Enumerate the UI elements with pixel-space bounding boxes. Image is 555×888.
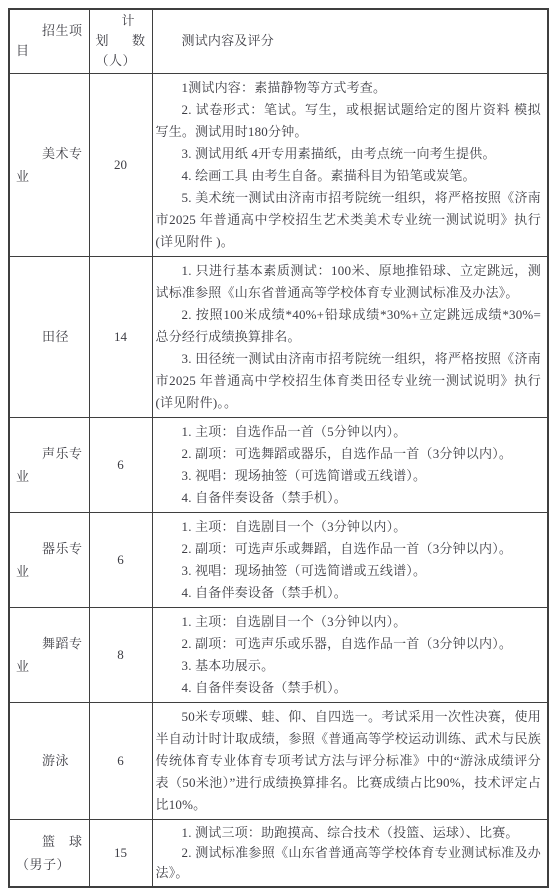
plan-count-cell: 20 xyxy=(89,73,152,256)
item-cell: 游泳 xyxy=(9,702,89,819)
test-content-paragraph: 2. 按照100米成绩*40%+铅球成绩*30%+立定跳远成绩*30%=总分经行… xyxy=(156,304,542,348)
plan-count-cell: 15 xyxy=(89,819,152,887)
item-label: 舞蹈专业 xyxy=(16,632,83,678)
test-content-paragraph: 2. 副项：可选舞蹈或器乐，自选作品一首（3分钟以内）。 xyxy=(156,443,542,465)
test-content-paragraph: 3. 视唱：现场抽签（可选简谱或五线谱）。 xyxy=(156,560,542,582)
table-row-vocal-music: 声乐专业 6 1. 主项：自选作品一首（5分钟以内）。 2. 副项：可选舞蹈或器… xyxy=(9,417,548,512)
test-content-paragraph: 1. 主项：自选作品一首（5分钟以内）。 xyxy=(156,421,542,443)
test-content-cell: 1. 主项：自选剧目一个（3分钟以内）。 2. 副项：可选声乐或舞蹈，自选作品一… xyxy=(152,512,548,607)
header-plan-label: 计划数（人） xyxy=(96,11,146,71)
test-content-paragraph: 1. 只进行基本素质测试：100米、原地推铅球、立定跳远，测试标准参照《山东省普… xyxy=(156,260,542,304)
test-content-paragraph: 5. 美术统一测试由济南市招考院统一组织，将严格按照《济南市2025 年普通高中… xyxy=(156,187,542,253)
test-content-paragraph: 4. 自备伴奏设备（禁手机）。 xyxy=(156,487,542,509)
item-label: 器乐专业 xyxy=(16,537,83,583)
header-content-cell: 测试内容及评分 xyxy=(152,9,548,73)
item-label: 篮球 （男子） xyxy=(16,830,83,876)
table-row-instrumental-music: 器乐专业 6 1. 主项：自选剧目一个（3分钟以内）。 2. 副项：可选声乐或舞… xyxy=(9,512,548,607)
plan-count-cell: 14 xyxy=(89,256,152,417)
header-plan-cell: 计划数（人） xyxy=(89,9,152,73)
plan-count-cell: 6 xyxy=(89,417,152,512)
item-cell: 篮球 （男子） xyxy=(9,819,89,887)
table-row-track-field: 田径 14 1. 只进行基本素质测试：100米、原地推铅球、立定跳远，测试标准参… xyxy=(9,256,548,417)
test-content-paragraph: 4. 绘画工具 由考生自备。素描科目为铅笔或炭笔。 xyxy=(156,165,542,187)
item-cell: 美术专业 xyxy=(9,73,89,256)
table-row-dance: 舞蹈专业 8 1. 主项：自选剧目一个（3分钟以内）。 2. 副项：可选声乐或乐… xyxy=(9,607,548,702)
test-content-paragraph: 2. 试卷形式：笔试。写生，或根据试题给定的图片资料 模拟写生。测试用时180分… xyxy=(156,99,542,143)
header-item-cell: 招生项目 xyxy=(9,9,89,73)
item-cell: 声乐专业 xyxy=(9,417,89,512)
test-content-cell: 1测试内容：素描静物等方式考查。 2. 试卷形式：笔试。写生，或根据试题给定的图… xyxy=(152,73,548,256)
item-cell: 器乐专业 xyxy=(9,512,89,607)
item-cell: 田径 xyxy=(9,256,89,417)
item-cell: 舞蹈专业 xyxy=(9,607,89,702)
test-content-cell: 1. 主项：自选剧目一个（3分钟以内）。 2. 副项：可选声乐或乐器，自选作品一… xyxy=(152,607,548,702)
header-content-label: 测试内容及评分 xyxy=(156,30,542,52)
plan-count-cell: 6 xyxy=(89,702,152,819)
test-content-paragraph: 4. 自备伴奏设备（禁手机）。 xyxy=(156,582,542,604)
test-content-cell: 1. 测试三项：助跑摸高、综合技术（投篮、运球）、比赛。 2. 测试标准参照《山… xyxy=(152,819,548,887)
table-row-art: 美术专业 20 1测试内容：素描静物等方式考查。 2. 试卷形式：笔试。写生，或… xyxy=(9,73,548,256)
test-content-paragraph: 1测试内容：素描静物等方式考查。 xyxy=(156,77,542,99)
test-content-paragraph: 1. 测试三项：助跑摸高、综合技术（投篮、运球）、比赛。 xyxy=(156,823,542,843)
plan-count-cell: 8 xyxy=(89,607,152,702)
test-content-paragraph: 2. 副项：可选声乐或舞蹈，自选作品一首（3分钟以内）。 xyxy=(156,538,542,560)
item-label: 游泳 xyxy=(16,749,83,772)
test-content-paragraph: 2. 测试标准参照《山东省普通高等学校体育专业测试标准及办法》。 xyxy=(156,843,542,883)
plan-count-cell: 6 xyxy=(89,512,152,607)
item-label: 田径 xyxy=(16,325,83,348)
test-content-paragraph: 1. 主项：自选剧目一个（3分钟以内）。 xyxy=(156,611,542,633)
test-content-cell: 1. 只进行基本素质测试：100米、原地推铅球、立定跳远，测试标准参照《山东省普… xyxy=(152,256,548,417)
test-content-paragraph: 1. 主项：自选剧目一个（3分钟以内）。 xyxy=(156,516,542,538)
test-content-paragraph: 3. 测试用纸 4开专用素描纸，由考点统一向考生提供。 xyxy=(156,143,542,165)
table-row-basketball: 篮球 （男子） 15 1. 测试三项：助跑摸高、综合技术（投篮、运球）、比赛。 … xyxy=(9,819,548,887)
recruitment-test-table: 招生项目 计划数（人） 测试内容及评分 美术专业 20 1测试内容：素描静物等方… xyxy=(8,8,549,888)
test-content-paragraph: 50米专项蝶、蛙、仰、自四选一。考试采用一次性决赛，使用半自动计时计取成绩，参照… xyxy=(156,706,542,816)
table-header-row: 招生项目 计划数（人） 测试内容及评分 xyxy=(9,9,548,73)
test-content-paragraph: 4. 自备伴奏设备（禁手机）。 xyxy=(156,677,542,699)
test-content-paragraph: 2. 副项：可选声乐或乐器，自选作品一首（3分钟以内）。 xyxy=(156,633,542,655)
item-label: 美术专业 xyxy=(16,142,83,188)
header-item-label: 招生项目 xyxy=(16,21,83,61)
table-row-swimming: 游泳 6 50米专项蝶、蛙、仰、自四选一。考试采用一次性决赛，使用半自动计时计取… xyxy=(9,702,548,819)
item-label: 声乐专业 xyxy=(16,442,83,488)
test-content-cell: 50米专项蝶、蛙、仰、自四选一。考试采用一次性决赛，使用半自动计时计取成绩，参照… xyxy=(152,702,548,819)
test-content-paragraph: 3. 基本功展示。 xyxy=(156,655,542,677)
test-content-paragraph: 3. 视唱：现场抽签（可选简谱或五线谱）。 xyxy=(156,465,542,487)
test-content-cell: 1. 主项：自选作品一首（5分钟以内）。 2. 副项：可选舞蹈或器乐，自选作品一… xyxy=(152,417,548,512)
test-content-paragraph: 3. 田径统一测试由济南市招考院统一组织，将严格按照《济南市2025 年普通高中… xyxy=(156,348,542,414)
